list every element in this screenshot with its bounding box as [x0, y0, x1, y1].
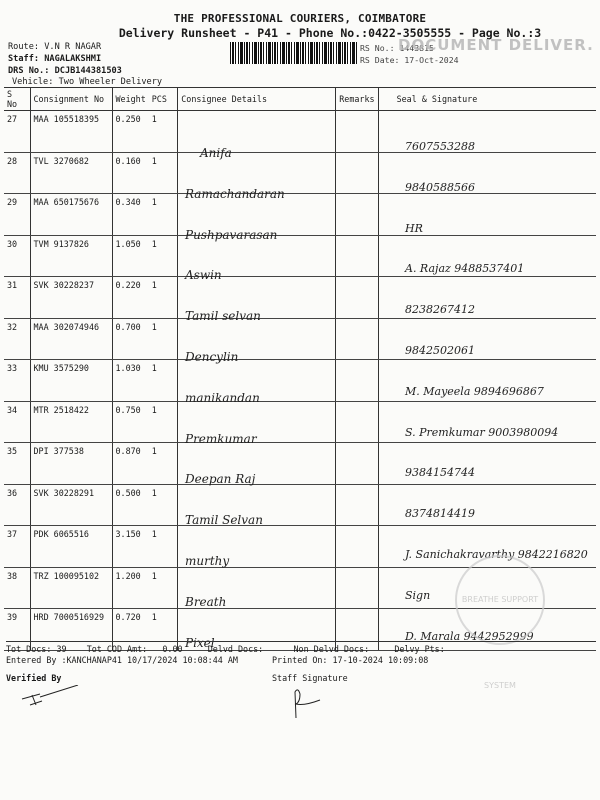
pcs-cell: 1 — [149, 277, 178, 319]
tot-docs: 39 — [56, 644, 66, 654]
sno-cell: 28 — [4, 152, 30, 194]
consignment-cell: MTR 2518422 — [30, 401, 112, 443]
sno-cell: 35 — [4, 443, 30, 485]
route-line: Route: V.N R NAGAR — [8, 42, 101, 52]
weight-cell: 3.150 — [112, 526, 149, 568]
delivery-signature: 9384154744 — [405, 466, 475, 479]
consignment-cell: TVL 3270682 — [30, 152, 112, 194]
rs-date: 17-Oct-2024 — [404, 55, 458, 65]
consignee-handwritten: Dencylin — [185, 350, 238, 364]
table-row: 27MAA 1055183950.2501 — [4, 111, 596, 153]
staff-line: Staff: NAGALAKSHMI — [8, 54, 101, 64]
weight-cell: 1.030 — [112, 360, 149, 402]
remarks-cell — [336, 567, 378, 609]
consignment-cell: TVM 9137826 — [30, 235, 112, 277]
col-weight: Weight — [112, 88, 149, 111]
sno-cell: 29 — [4, 194, 30, 236]
weight-cell: 0.340 — [112, 194, 149, 236]
delivery-signature: S. Premkumar 9003980094 — [405, 426, 558, 439]
weight-cell: 0.250 — [112, 111, 149, 153]
remarks-cell — [336, 235, 378, 277]
consignment-cell: PDK 6065516 — [30, 526, 112, 568]
table-row: 28TVL 32706820.1601 — [4, 152, 596, 194]
col-consignee: Consignee Details — [178, 88, 336, 111]
pcs-cell: 1 — [149, 567, 178, 609]
totals-line: Tot Docs: 39 Tot COD Amt: 0.00 Delvd Doc… — [6, 641, 596, 654]
consignee-handwritten: Deepan Raj — [185, 472, 255, 486]
table-row: 29MAA 6501756760.3401 — [4, 194, 596, 236]
col-signature: Seal & Signature — [378, 88, 596, 111]
pcs-cell: 1 — [149, 235, 178, 277]
pcs-cell: 1 — [149, 401, 178, 443]
tot-cod: 0.00 — [162, 644, 182, 654]
consignee-handwritten: Breath — [185, 595, 226, 609]
staff-signature — [290, 688, 330, 723]
drs-line: DRS No.: DCJB144381503 — [8, 66, 122, 76]
consignment-cell: MAA 105518395 — [30, 111, 112, 153]
consignee-handwritten: Anifa — [200, 146, 232, 160]
table-header-row: S No Consignment No Weight PCS Consignee… — [4, 88, 596, 111]
remarks-cell — [336, 194, 378, 236]
pcs-cell: 1 — [149, 360, 178, 402]
sno-cell: 37 — [4, 526, 30, 568]
verified-signature — [20, 685, 80, 710]
entered-by: Entered By :KANCHANAP41 10/17/2024 10:08… — [6, 655, 238, 665]
pcs-cell: 1 — [149, 152, 178, 194]
sno-cell: 30 — [4, 235, 30, 277]
delivery-signature: 9842502061 — [405, 344, 475, 357]
consignee-handwritten: Premkumar — [185, 432, 257, 446]
weight-cell: 0.220 — [112, 277, 149, 319]
consignee-handwritten: Ramachandaran — [185, 187, 285, 201]
weight-cell: 1.200 — [112, 567, 149, 609]
consignment-cell: DPI 377538 — [30, 443, 112, 485]
consignee-handwritten: Tamil selvan — [185, 309, 261, 323]
remarks-cell — [336, 443, 378, 485]
consignment-cell: KMU 3575290 — [30, 360, 112, 402]
delivery-signature: Sign — [405, 589, 430, 602]
consignment-cell: SVK 30228237 — [30, 277, 112, 319]
weight-cell: 0.500 — [112, 484, 149, 526]
staff-signature-label: Staff Signature — [272, 673, 348, 683]
company-seal: BREATHE SUPPORT SYSTEM — [455, 555, 545, 645]
consignee-handwritten: Pushpavarasan — [185, 228, 277, 242]
table-row: 35DPI 3775380.8701 — [4, 443, 596, 485]
table-row: 32MAA 3020749460.7001 — [4, 318, 596, 360]
sno-cell: 31 — [4, 277, 30, 319]
barcode — [230, 42, 357, 64]
weight-cell: 0.700 — [112, 318, 149, 360]
pcs-cell: 1 — [149, 194, 178, 236]
drs-value: DCJB144381503 — [55, 66, 122, 76]
consignment-cell: MAA 302074946 — [30, 318, 112, 360]
weight-cell: 0.750 — [112, 401, 149, 443]
vehicle-line: Vehicle: Two Wheeler Delivery — [12, 77, 162, 87]
consignee-handwritten: Tamil Selvan — [185, 513, 263, 527]
delivery-signature: HR — [405, 222, 423, 235]
consignment-cell: SVK 30228291 — [30, 484, 112, 526]
weight-cell: 0.870 — [112, 443, 149, 485]
remarks-cell — [336, 484, 378, 526]
sno-cell: 34 — [4, 401, 30, 443]
sno-cell: 36 — [4, 484, 30, 526]
col-consignment: Consignment No — [30, 88, 112, 111]
delivery-signature: 8238267412 — [405, 303, 475, 316]
col-remarks: Remarks — [336, 88, 378, 111]
table-row: 36SVK 302282910.5001 — [4, 484, 596, 526]
delivery-signature: 8374814419 — [405, 507, 475, 520]
col-pcs: PCS — [149, 88, 178, 111]
table-row: 31SVK 302282370.2201 — [4, 277, 596, 319]
sno-cell: 33 — [4, 360, 30, 402]
delivery-stamp: DOCUMENT DELIVER. — [398, 36, 594, 54]
consignee-handwritten: manikandan — [185, 391, 260, 405]
vehicle-value: Two Wheeler Delivery — [59, 77, 162, 87]
sno-cell: 27 — [4, 111, 30, 153]
sno-cell: 32 — [4, 318, 30, 360]
pcs-cell: 1 — [149, 111, 178, 153]
sno-cell: 38 — [4, 567, 30, 609]
remarks-cell — [336, 401, 378, 443]
delivery-signature: A. Rajaz 9488537401 — [405, 262, 524, 275]
remarks-cell — [336, 360, 378, 402]
remarks-cell — [336, 318, 378, 360]
delivery-signature: 9840588566 — [405, 181, 475, 194]
pcs-cell: 1 — [149, 318, 178, 360]
pcs-cell: 1 — [149, 443, 178, 485]
col-sno: S No — [4, 88, 30, 111]
pcs-cell: 1 — [149, 484, 178, 526]
company-title: THE PROFESSIONAL COURIERS, COIMBATORE — [0, 12, 600, 25]
weight-cell: 0.160 — [112, 152, 149, 194]
consignee-handwritten: Aswin — [185, 268, 222, 282]
printed-on: Printed On: 17-10-2024 10:09:08 — [272, 655, 428, 665]
remarks-cell — [336, 277, 378, 319]
delivery-signature: M. Mayeela 9894696867 — [405, 385, 544, 398]
remarks-cell — [336, 152, 378, 194]
staff-value: NAGALAKSHMI — [44, 54, 101, 64]
consignment-cell: TRZ 100095102 — [30, 567, 112, 609]
verified-by-label: Verified By — [6, 673, 61, 683]
remarks-cell — [336, 526, 378, 568]
consignment-cell: MAA 650175676 — [30, 194, 112, 236]
delivery-signature: 7607553288 — [405, 140, 475, 153]
consignee-handwritten: murthy — [185, 554, 229, 568]
weight-cell: 1.050 — [112, 235, 149, 277]
remarks-cell — [336, 111, 378, 153]
route-value: V.N R NAGAR — [44, 42, 101, 52]
pcs-cell: 1 — [149, 526, 178, 568]
